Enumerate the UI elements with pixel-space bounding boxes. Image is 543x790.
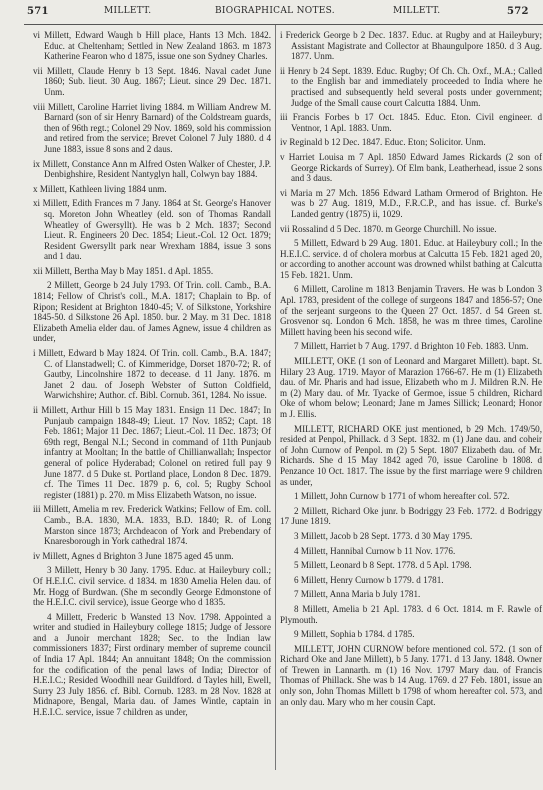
entry-vi-maria: vi Maria m 27 Mch. 1856 Edward Latham Or…: [280, 188, 542, 220]
entry-viii-caroline-harriet: viii Millett, Caroline Harriet living 18…: [33, 102, 271, 155]
entry-3-jacob: 3 Millett, Jacob b 28 Sept. 1773. d 30 M…: [280, 531, 542, 542]
entry-vii-claude-henry: vii Millett, Claude Henry b 13 Sept. 184…: [33, 66, 271, 98]
left-column: vi Millett, Edward Waugh b Hill place, H…: [33, 30, 271, 722]
entry-iii-amelia: iii Millett, Amelia m rev. Frederick Wat…: [33, 504, 271, 546]
entry-xi-edith-frances: xi Millett, Edith Frances m 7 Jany. 1864…: [33, 198, 271, 262]
entry-ii-henry: ii Henry b 24 Sept. 1839. Educ. Rugby; O…: [280, 66, 542, 108]
entry-2-george: 2 Millett, George b 24 July 1793. Of Tri…: [33, 280, 271, 344]
entry-i-frederick-george: i Frederick George b 2 Dec. 1837. Educ. …: [280, 30, 542, 62]
entry-vii-rossalind: vii Rossalind d 5 Dec. 1870. m George Ch…: [280, 224, 542, 235]
entry-millett-richard-oke: MILLETT, RICHARD OKE just mentioned, b 2…: [280, 424, 542, 488]
left-running-title: MILLETT.: [104, 6, 151, 16]
entry-millett-oke: MILLETT, OKE (1 son of Leonard and Marga…: [280, 356, 542, 420]
entry-millett-john-curnow: MILLETT, JOHN CURNOW before mentioned co…: [280, 644, 542, 708]
right-page-number: 572: [507, 6, 529, 17]
entry-vi-edward-waugh: vi Millett, Edward Waugh b Hill place, H…: [33, 30, 271, 62]
entry-v-harriet-louisa: v Harriet Louisa m 7 Apl. 1850 Edward Ja…: [280, 152, 542, 184]
entry-4-frederic: 4 Millett, Frederic b Wansted 13 Nov. 17…: [33, 612, 271, 718]
entry-ii-arthur-hill: ii Millett, Arthur Hill b 15 May 1831. E…: [33, 405, 271, 500]
center-title: BIOGRAPHICAL NOTES.: [215, 6, 335, 16]
entry-2-richard-oke-junr: 2 Millett, Richard Oke junr. b Bodriggy …: [280, 506, 542, 527]
running-header: 571 MILLETT. BIOGRAPHICAL NOTES. MILLETT…: [0, 0, 543, 22]
column-divider: [275, 25, 276, 770]
entry-6-caroline: 6 Millett, Caroline m 1813 Benjamin Trav…: [280, 284, 542, 337]
entry-6-henry-curnow: 6 Millett, Henry Curnow b 1779. d 1781.: [280, 575, 542, 586]
left-page-number: 571: [27, 6, 49, 17]
right-column: i Frederick George b 2 Dec. 1837. Educ. …: [280, 30, 542, 711]
entry-7-anna-maria: 7 Millett, Anna Maria b July 1781.: [280, 589, 542, 600]
entry-ix-constance-ann: ix Millett, Constance Ann m Alfred Osten…: [33, 159, 271, 180]
document-page: 571 MILLETT. BIOGRAPHICAL NOTES. MILLETT…: [0, 0, 543, 790]
entry-7-harriet: 7 Millett, Harriet b 7 Aug. 1797. d Brig…: [280, 341, 542, 352]
entry-5-edward: 5 Millett, Edward b 29 Aug. 1801. Educ. …: [280, 238, 542, 280]
entry-x-kathleen: x Millett, Kathleen living 1884 unm.: [33, 184, 271, 195]
entry-8-amelia: 8 Millett, Amelia b 21 Apl. 1783. d 6 Oc…: [280, 604, 542, 625]
entry-3-henry: 3 Millett, Henry b 30 Jany. 1795. Educ. …: [33, 565, 271, 607]
entry-xii-bertha-may: xii Millett, Bertha May b May 1851. d Ap…: [33, 266, 271, 277]
entry-iv-agnes: iv Millett, Agnes d Brighton 3 June 1875…: [33, 551, 271, 562]
entry-iv-reginald: iv Reginald b 12 Dec. 1847. Educ. Eton; …: [280, 137, 542, 148]
header-rule: [24, 24, 543, 25]
right-running-title: MILLETT.: [393, 6, 440, 16]
entry-iii-francis-forbes: iii Francis Forbes b 17 Oct. 1845. Educ.…: [280, 112, 542, 133]
entry-1-john-curnow: 1 Millett, John Curnow b 1771 of whom he…: [280, 491, 542, 502]
entry-i-edward: i Millett, Edward b May 1824. Of Trin. c…: [33, 348, 271, 401]
entry-9-sophia: 9 Millett, Sophia b 1784. d 1785.: [280, 629, 542, 640]
entry-4-hannibal-curnow: 4 Millett, Hannibal Curnow b 11 Nov. 177…: [280, 546, 542, 557]
entry-5-leonard: 5 Millett, Leonard b 8 Sept. 1778. d 5 A…: [280, 560, 542, 571]
